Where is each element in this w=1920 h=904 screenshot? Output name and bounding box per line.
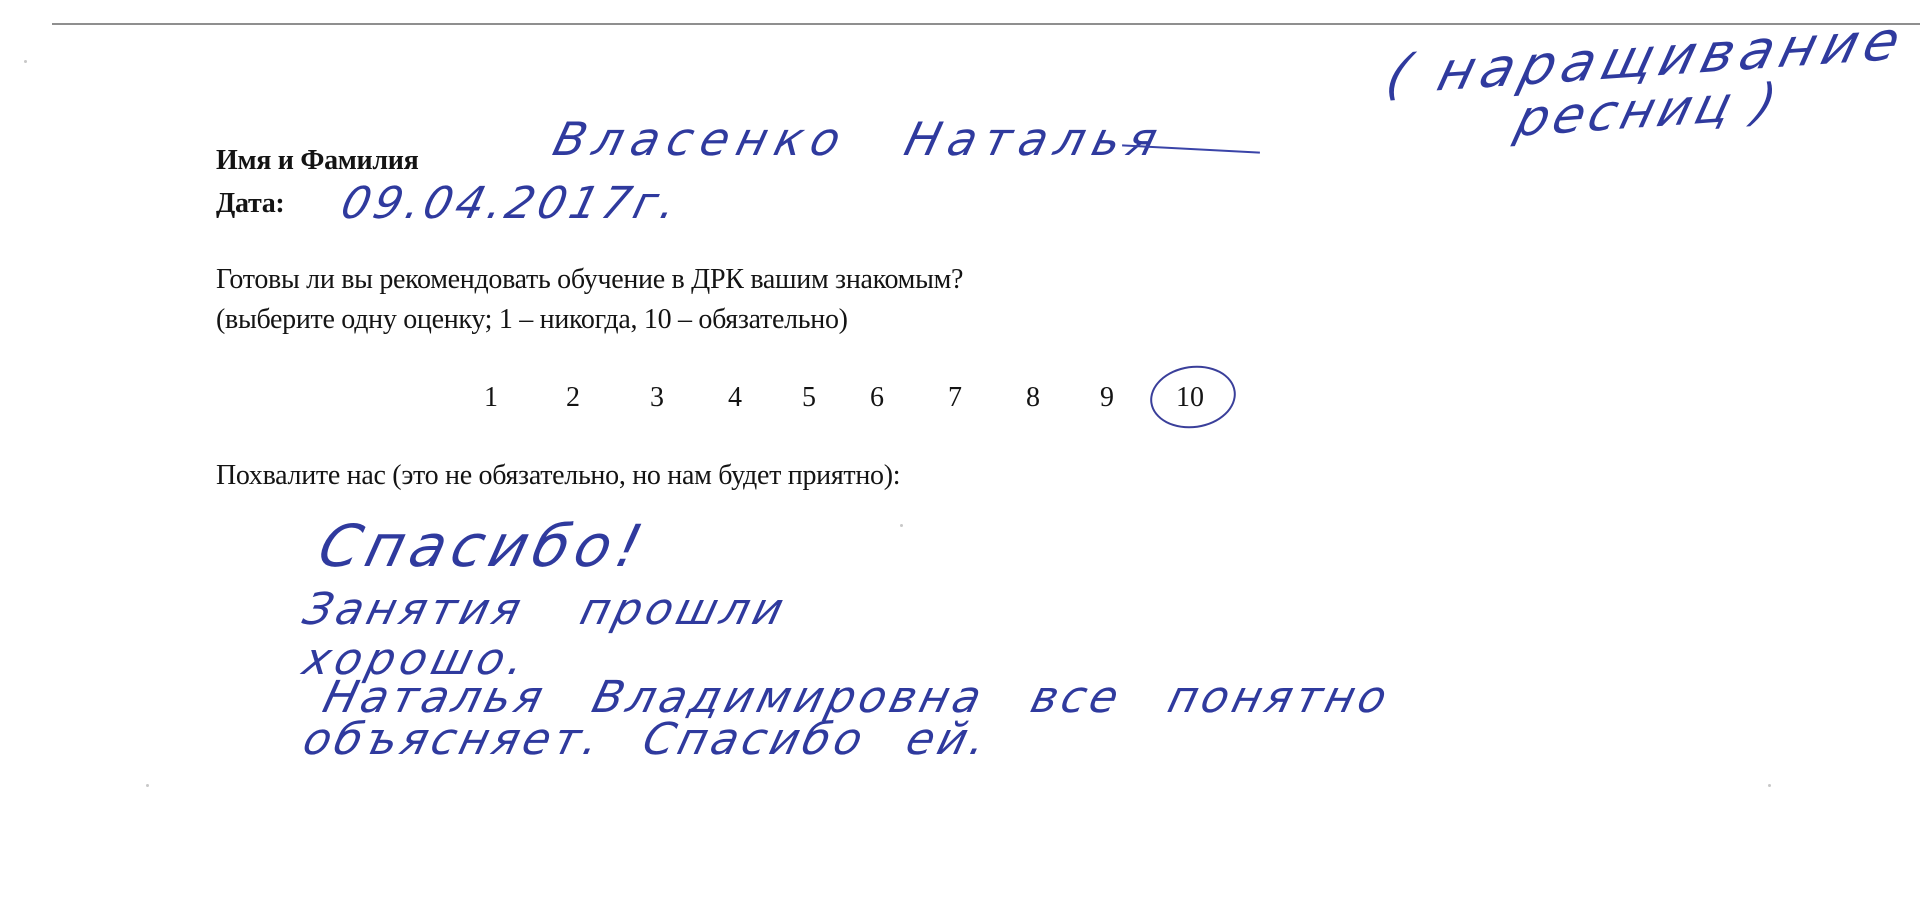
score-option-4[interactable]: 4	[728, 380, 742, 416]
score-option-5[interactable]: 5	[802, 380, 816, 416]
score-option-2[interactable]: 2	[566, 380, 580, 416]
handwritten-date: 09.04.2017г.	[336, 178, 686, 229]
scan-speck	[900, 524, 903, 527]
recommend-question-hint: (выберите одну оценку; 1 – никогда, 10 –…	[216, 306, 848, 334]
score-option-8[interactable]: 8	[1026, 380, 1040, 416]
handwritten-praise-line-5: объясняет. Спасибо ей.	[298, 714, 995, 765]
handwritten-praise-line-1: Спасибо!	[312, 512, 655, 580]
score-option-3[interactable]: 3	[650, 380, 664, 416]
score-option-9[interactable]: 9	[1100, 380, 1114, 416]
score-option-1[interactable]: 1	[484, 380, 498, 416]
name-label: Имя и Фамилия	[216, 147, 418, 175]
top-rule	[52, 23, 1920, 25]
scan-speck	[24, 60, 27, 63]
date-label: Дата:	[216, 190, 284, 218]
scan-speck	[1768, 784, 1771, 787]
score-option-7[interactable]: 7	[948, 380, 962, 416]
handwritten-name: Власенко Наталья	[548, 112, 1171, 166]
scan-speck	[146, 784, 149, 787]
score-option-6[interactable]: 6	[870, 380, 884, 416]
selected-score-circle	[1146, 360, 1240, 433]
handwritten-praise-line-2: Занятия прошли	[298, 584, 792, 635]
praise-prompt: Похвалите нас (это не обязательно, но на…	[216, 462, 900, 490]
recommend-question: Готовы ли вы рекомендовать обучение в ДР…	[216, 266, 963, 294]
